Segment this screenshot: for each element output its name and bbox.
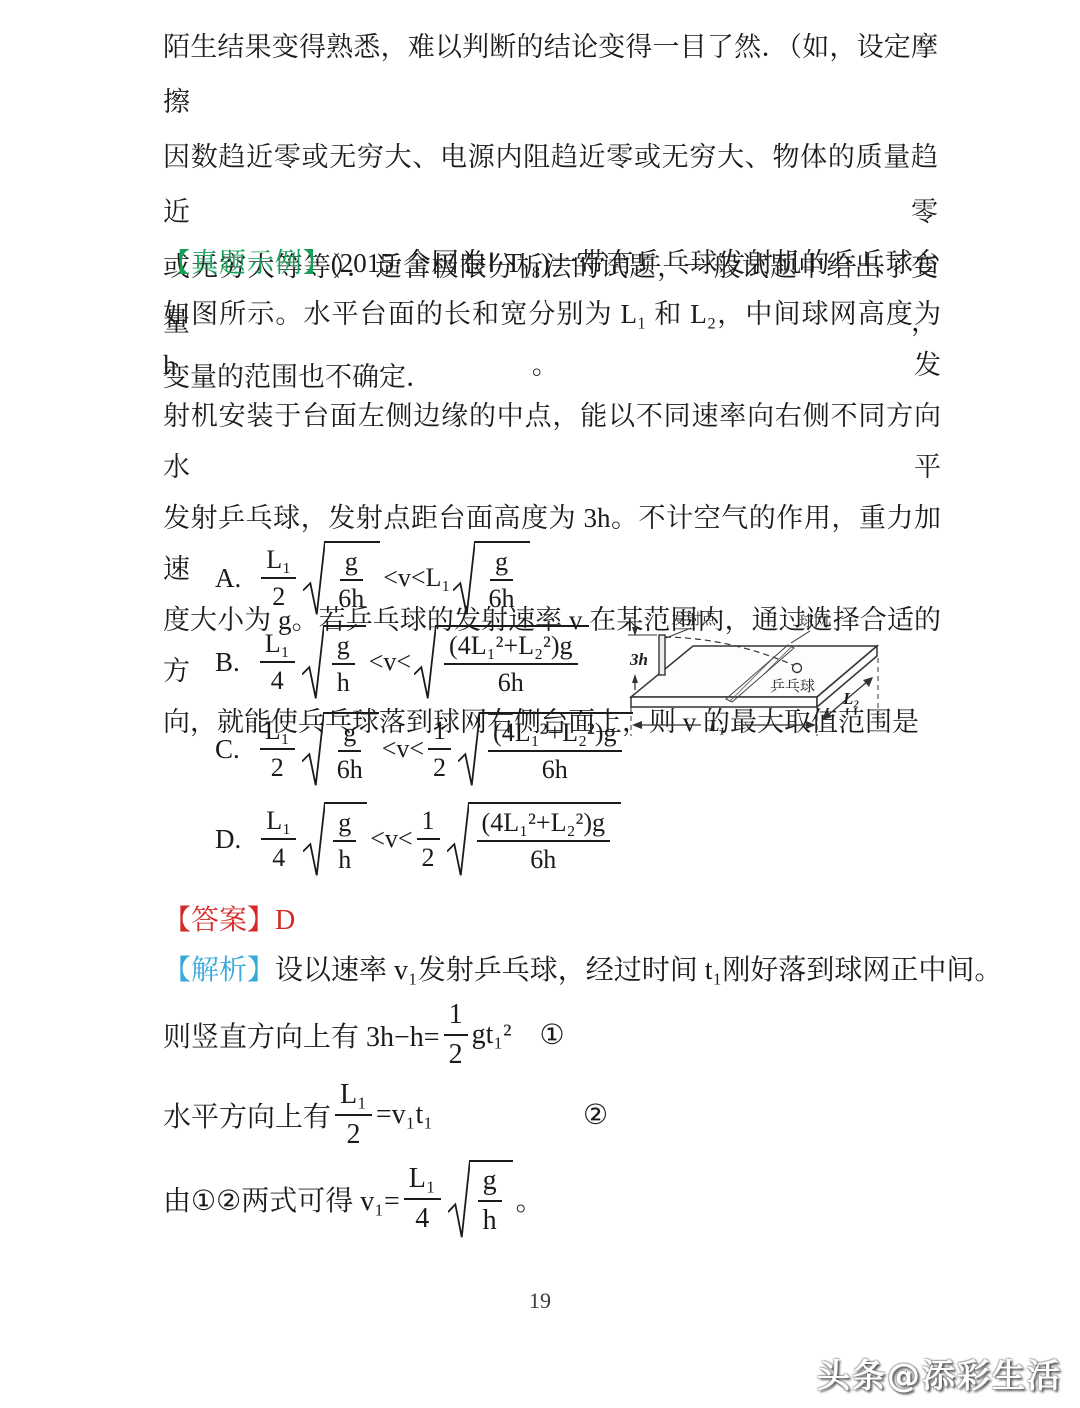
math-sqrt: gh [302,625,366,698]
answer-badge: 【答案】 [163,905,275,936]
document-page: { "colors":{"example_green":"#16a057","a… [0,0,1080,1408]
table-top [631,646,877,697]
math-text: L₁ [426,563,451,593]
math-fraction: g6h [333,546,369,614]
math-gap [512,1035,540,1036]
radical-icon [458,712,480,785]
math-sqrt: g6h [302,712,379,785]
math-text: 。 [516,1179,544,1219]
math-text: 由①②两式可得 v₁= [163,1179,400,1219]
math-text: 则竖直方向上有 3h−h= [163,1015,440,1055]
arrow-icon [863,677,873,687]
radical-icon [302,625,324,698]
math-fraction: L₁4 [404,1162,441,1235]
math-sqrt: g6h [453,541,530,614]
answer-row: 【答案】D [163,898,295,938]
option-row-c: C. L₁2g6h<v<12(4L₁²+L₂²)g6h [215,704,636,794]
radical-icon [303,541,325,614]
option-formula: L₁4gh<v<12(4L₁²+L₂²)g6h [257,802,624,875]
math-fraction: (4L₁²+L₂²)g6h [477,807,610,875]
radical-icon [447,802,469,875]
answer-value: D [275,905,295,936]
math-text: 水平方向上有 [163,1095,331,1135]
option-row-a: A. L₁2g6h<v<L₁g6h [215,536,636,620]
example-badge: 【真题示例】 [163,248,331,278]
equation-2: 水平方向上有L₁2=v₁t₁② [163,1075,608,1155]
math-fraction: gh [332,630,355,698]
analysis-text: 设以速率 v₁发射乒乓球，经过时间 t₁刚好落到球网正中间。 [275,955,1002,986]
radical-icon [414,625,436,698]
math-fraction: L₁4 [260,628,295,696]
intro-line: 因数趋近零或无穷大、电源内阻趋近零或无穷大、物体的质量趋近零 [163,130,938,240]
math-fraction: L₁2 [261,544,296,612]
length-label: L₁ [708,716,725,735]
table-front-face [631,697,817,707]
radical-icon [448,1160,470,1237]
problem-source: (2015·全国卷Ⅰ·T₁₈)一带有乒乓球发射机的乒乓球台 [331,248,941,278]
pingpong-table-diagram: 3h 发射点 球网 乒乓球 L₂ L₁ [605,578,940,756]
math-fraction: g6h [483,546,519,614]
option-label: C. [215,734,240,765]
arrow-icon [822,710,832,720]
width-label: L₂ [842,689,859,708]
math-sqrt: (4L₁²+L₂²)g6h [447,802,621,875]
math-fraction: L₁2 [260,715,295,783]
equation-1: 则竖直方向上有 3h−h=12gt₁²① [163,995,565,1075]
math-fraction: gh [478,1164,502,1237]
equation-formula: 由①②两式可得 v₁=L₁4gh。 [163,1160,544,1237]
math-text: =v₁t₁ [376,1099,433,1131]
problem-line: 如图所示。水平台面的长和宽分别为 L₁ 和 L₂，中间球网高度为 h。发 [163,289,941,391]
math-text: <v< [369,647,411,677]
option-formula: L₁2g6h<v<L₁g6h [257,541,533,614]
math-text: <v< [382,734,424,764]
page-number: 19 [0,1288,1080,1314]
math-fraction: gh [333,807,356,875]
math-fraction: (4L₁²+L₂²)g6h [488,717,621,785]
analysis-row: 【解析】设以速率 v₁发射乒乓球，经过时间 t₁刚好落到球网正中间。 [163,948,1002,988]
option-row-b: B. L₁4gh<v<(4L₁²+L₂²)g6h [215,620,636,704]
math-fraction: (4L₁²+L₂²)g6h [444,630,577,698]
math-fraction: 12 [428,715,451,783]
net-label: 球网 [799,613,829,630]
analysis-badge: 【解析】 [163,955,275,986]
math-sqrt: g6h [303,541,380,614]
radical-icon [302,712,324,785]
equation-3: 由①②两式可得 v₁=L₁4gh。 [163,1155,544,1243]
intro-line: 陌生结果变得熟悉，难以判断的结论变得一目了然．（如，设定摩擦 [163,20,938,130]
math-fraction: 12 [417,805,440,873]
math-sqrt: (4L₁²+L₂²)g6h [414,625,588,698]
radical-icon [453,541,475,614]
math-text: ② [583,1098,608,1132]
arrow-up-icon [632,674,638,683]
radical-icon [303,802,325,875]
math-text: <v< [370,824,412,854]
math-text: ① [540,1018,565,1052]
arrow-left-icon [632,721,642,729]
table-figure: 3h 发射点 球网 乒乓球 L₂ L₁ [605,578,940,756]
options-list: A. L₁2g6h<v<L₁g6h B. L₁4gh<v<(4L₁²+L₂²)g… [215,536,636,884]
arrow-right-icon [806,721,816,729]
math-fraction: L₁4 [261,805,296,873]
launcher-post [659,635,665,675]
option-label: D. [215,824,241,855]
math-text: gt₁² [472,1019,512,1051]
equation-formula: 则竖直方向上有 3h−h=12gt₁²① [163,998,565,1071]
ball-icon [793,664,802,673]
math-fraction: L₁2 [335,1078,372,1151]
ball-label: 乒乓球 [770,678,815,695]
math-sqrt: gh [303,802,367,875]
math-text: <v< [383,563,425,593]
option-label: A. [215,563,241,594]
math-gap [433,1115,583,1116]
equation-formula: 水平方向上有L₁2=v₁t₁② [163,1078,608,1151]
math-sqrt: gh [448,1160,513,1237]
option-formula: L₁4gh<v<(4L₁²+L₂²)g6h [256,625,592,698]
option-row-d: D. L₁4gh<v<12(4L₁²+L₂²)g6h [215,794,636,884]
math-fraction: 12 [444,998,468,1071]
watermark: 头条@添彩生活 [817,1350,1062,1397]
problem-line: 射机安装于台面左侧边缘的中点，能以不同速率向右侧不同方向水平 [163,391,941,493]
option-label: B. [215,647,240,678]
launch-point-label: 发射点 [671,610,717,628]
problem-line: 【真题示例】(2015·全国卷Ⅰ·T₁₈)一带有乒乓球发射机的乒乓球台 [163,238,941,289]
height-label: 3h [629,650,648,669]
math-fraction: g6h [332,717,368,785]
option-formula: L₁2g6h<v<12(4L₁²+L₂²)g6h [256,712,636,785]
